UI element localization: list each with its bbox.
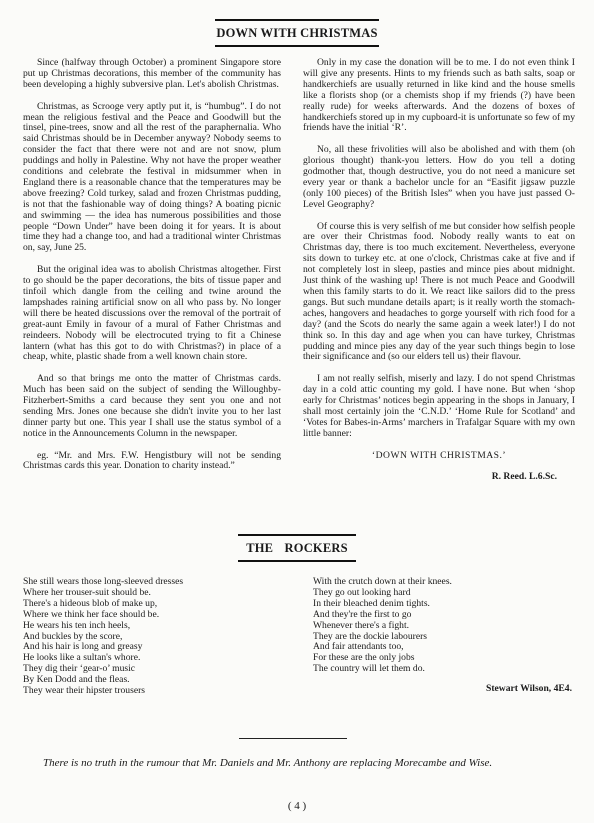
poem-line: Whenever there's a fight.	[313, 621, 573, 632]
poem-line: Where we think her face should be.	[23, 610, 283, 621]
poem-title: THE ROCKERS	[238, 534, 356, 562]
poem-right-stanza: With the crutch down at their knees.They…	[313, 577, 573, 675]
poem-author: Stewart Wilson, 4E4.	[486, 683, 572, 694]
page-number: ( 4 )	[0, 800, 594, 812]
article-paragraph: And so that brings me onto the matter of…	[23, 374, 281, 439]
article-paragraph: But the original idea was to abolish Chr…	[23, 265, 281, 363]
article-title: DOWN WITH CHRISTMAS	[215, 19, 379, 47]
article-paragraph: Only in my case the donation will be to …	[303, 58, 575, 134]
article-right-column: Only in my case the donation will be to …	[303, 58, 575, 494]
article-paragraph: Christmas, as Scrooge very aptly put it,…	[23, 102, 281, 255]
poem-line: The country will let them do.	[313, 664, 573, 675]
article-paragraph: eg. “Mr. and Mrs. F.W. Hengistbury will …	[23, 451, 281, 473]
poem-line: And they're the first to go	[313, 610, 573, 621]
section-divider	[239, 738, 347, 739]
article-byline: R. Reed. L.6.Sc.	[303, 472, 575, 483]
poem-line: He wears his ten inch heels,	[23, 621, 283, 632]
poem-title-text: THE ROCKERS	[246, 541, 348, 555]
footnote: There is no truth in the rumour that Mr.…	[23, 757, 573, 771]
article-paragraph: No, all these frivolities will also be a…	[303, 145, 575, 210]
article-paragraph: Of course this is very selfish of me but…	[303, 222, 575, 364]
poem-line: They wear their hipster trousers	[23, 686, 283, 697]
banner-text: ‘DOWN WITH CHRISTMAS.’	[303, 451, 575, 462]
poem-left-stanza: She still wears those long-sleeved dress…	[23, 577, 283, 697]
article-paragraph: Since (halfway through October) a promin…	[23, 58, 281, 91]
article-left-column: Since (halfway through October) a promin…	[23, 58, 281, 483]
article-paragraph: I am not really selfish, miserly and laz…	[303, 374, 575, 439]
